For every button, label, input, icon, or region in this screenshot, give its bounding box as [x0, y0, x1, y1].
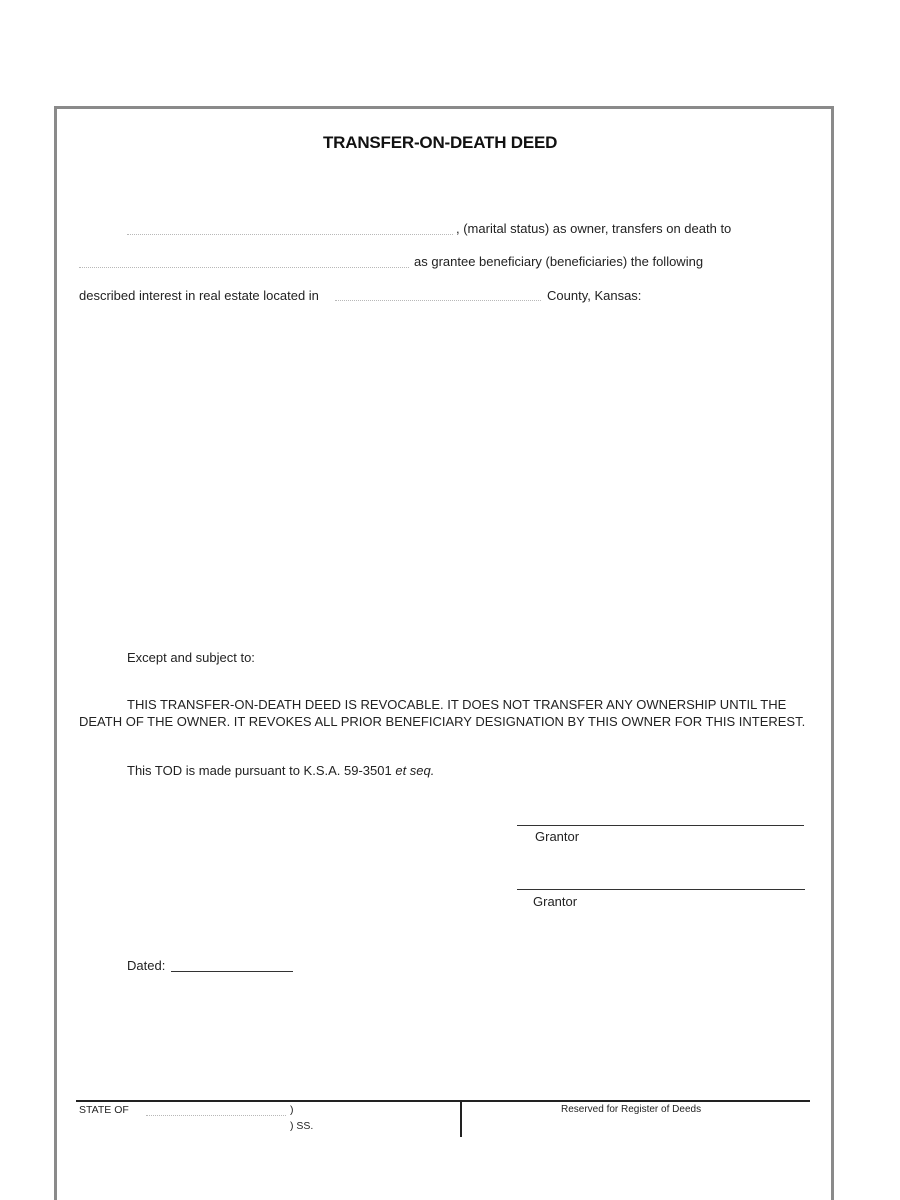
interest-line-prefix: described interest in real estate locate… [79, 288, 319, 303]
grantor-signature-line-2[interactable] [517, 889, 805, 890]
state-paren: ) [290, 1104, 294, 1116]
revocable-notice-text: THIS TRANSFER-ON-DEATH DEED IS REVOCABLE… [79, 697, 805, 729]
grantor-label-2: Grantor [533, 894, 577, 909]
owner-line-text: , (marital status) as owner, transfers o… [456, 221, 731, 236]
dated-label: Dated: [127, 958, 165, 973]
grantor-signature-line-1[interactable] [517, 825, 804, 826]
statute-line: This TOD is made pursuant to K.S.A. 59-3… [127, 763, 434, 778]
ss-label: ) SS. [290, 1120, 313, 1132]
beneficiary-line-text: as grantee beneficiary (beneficiaries) t… [414, 254, 703, 269]
document-title: TRANSFER-ON-DEATH DEED [323, 133, 557, 153]
statute-text: This TOD is made pursuant to K.S.A. 59-3… [127, 763, 392, 778]
state-field[interactable] [146, 1115, 286, 1116]
beneficiary-name-field[interactable] [79, 267, 409, 268]
bottom-section-divider [460, 1101, 462, 1137]
reserved-register-label: Reserved for Register of Deeds [561, 1104, 701, 1115]
revocable-notice: THIS TRANSFER-ON-DEATH DEED IS REVOCABLE… [79, 696, 809, 730]
bottom-section-rule [76, 1100, 810, 1102]
grantor-label-1: Grantor [535, 829, 579, 844]
owner-name-field[interactable] [127, 234, 453, 235]
state-of-label: STATE OF [79, 1104, 129, 1116]
county-field[interactable] [335, 300, 541, 301]
interest-line-suffix: County, Kansas: [547, 288, 641, 303]
dated-field[interactable] [171, 971, 293, 972]
statute-italic: et seq. [395, 763, 434, 778]
except-subject-label: Except and subject to: [127, 650, 255, 665]
